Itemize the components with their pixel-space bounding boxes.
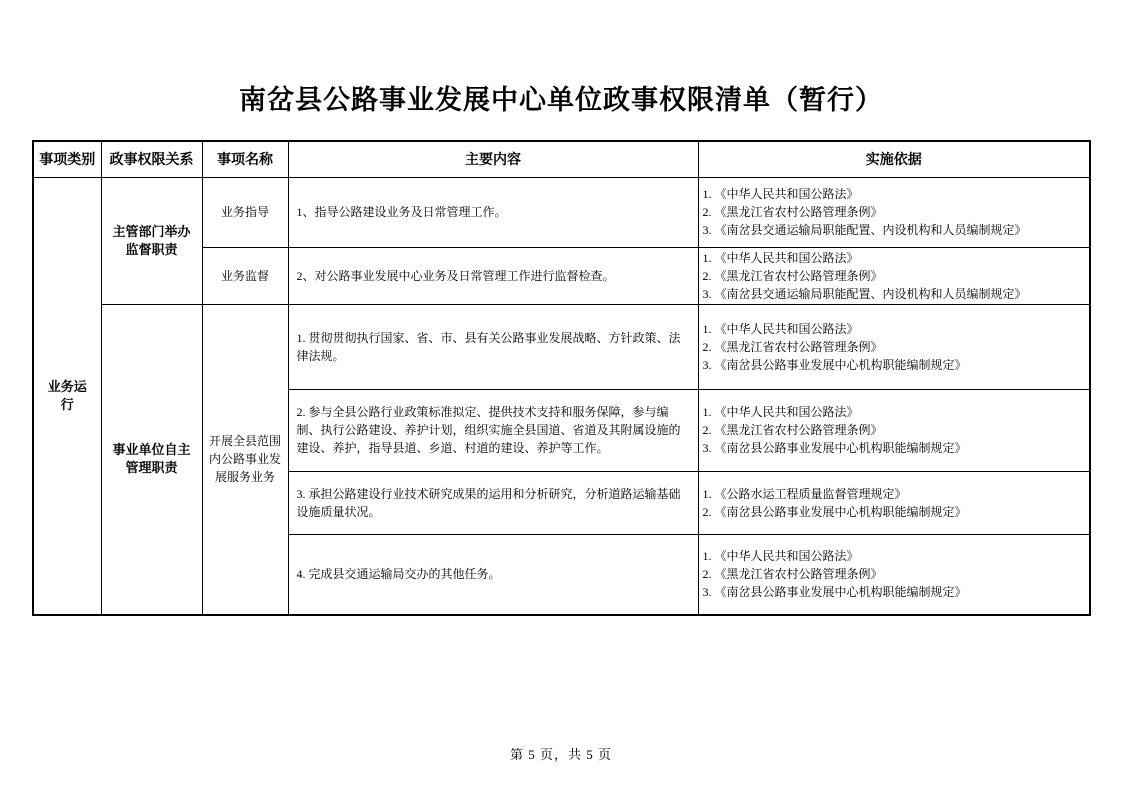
cell-implementation-basis: 1. 《中华人民共和国公路法》 2. 《黑龙江省农村公路管理条例》 3. 《南岔…: [698, 177, 1090, 247]
cell-main-content: 4. 完成县交通运输局交办的其他任务。: [288, 534, 698, 615]
basis-line: 2. 《黑龙江省农村公路管理条例》: [703, 267, 1086, 285]
content-text: 1. 贯彻贯彻执行国家、省、市、县有关公路事业发展战略、方针政策、法律法规。: [297, 329, 690, 365]
cell-main-content: 1、指导公路建设业务及日常管理工作。: [288, 177, 698, 247]
cell-item-name-monitoring: 业务监督: [202, 247, 288, 304]
basis-line: 3. 《南岔县交通运输局职能配置、内设机构和人员编制规定》: [703, 221, 1086, 239]
cell-implementation-basis: 1. 《中华人民共和国公路法》 2. 《黑龙江省农村公路管理条例》 3. 《南岔…: [698, 389, 1090, 471]
cell-implementation-basis: 1. 《中华人民共和国公路法》 2. 《黑龙江省农村公路管理条例》 3. 《南岔…: [698, 534, 1090, 615]
basis-line: 1. 《中华人民共和国公路法》: [703, 547, 1086, 565]
column-header-main-content: 主要内容: [288, 141, 698, 177]
cell-implementation-basis: 1. 《公路水运工程质量监督管理规定》 2. 《南岔县公路事业发展中心机构职能编…: [698, 471, 1090, 534]
basis-line: 2. 《黑龙江省农村公路管理条例》: [703, 338, 1086, 356]
basis-line: 2. 《黑龙江省农村公路管理条例》: [703, 421, 1086, 439]
content-text: 2. 参与全县公路行业政策标准拟定、提供技术支持和服务保障，参与编制、执行公路建…: [297, 403, 690, 457]
basis-line: 1. 《中华人民共和国公路法》: [703, 185, 1086, 203]
cell-item-name-guidance: 业务指导: [202, 177, 288, 247]
basis-line: 2. 《南岔县公路事业发展中心机构职能编制规定》: [703, 503, 1086, 521]
basis-line: 1. 《中华人民共和国公路法》: [703, 320, 1086, 338]
cell-main-content: 2. 参与全县公路行业政策标准拟定、提供技术支持和服务保障，参与编制、执行公路建…: [288, 389, 698, 471]
document-page: 南岔县公路事业发展中心单位政事权限清单（暂行） 事项类别 政事权限关系 事项名称…: [0, 0, 1122, 793]
cell-main-content: 1. 贯彻贯彻执行国家、省、市、县有关公路事业发展战略、方针政策、法律法规。: [288, 304, 698, 389]
authority-list-table: 事项类别 政事权限关系 事项名称 主要内容 实施依据 业务运行 主管部门举办监督…: [32, 140, 1091, 616]
column-header-authority-relation: 政事权限关系: [101, 141, 202, 177]
basis-line: 1. 《中华人民共和国公路法》: [703, 403, 1086, 421]
basis-line: 1. 《公路水运工程质量监督管理规定》: [703, 485, 1086, 503]
page-number: 第 5 页，共 5 页: [0, 744, 1122, 763]
cell-main-content: 2、对公路事业发展中心业务及日常管理工作进行监督检查。: [288, 247, 698, 304]
cell-implementation-basis: 1. 《中华人民共和国公路法》 2. 《黑龙江省农村公路管理条例》 3. 《南岔…: [698, 304, 1090, 389]
cell-item-name-services: 开展全县范围内公路事业发展服务业务: [202, 304, 288, 615]
table-header-row: 事项类别 政事权限关系 事项名称 主要内容 实施依据: [33, 141, 1090, 177]
basis-line: 2. 《黑龙江省农村公路管理条例》: [703, 203, 1086, 221]
content-text: 4. 完成县交通运输局交办的其他任务。: [297, 565, 690, 583]
column-header-item-category: 事项类别: [33, 141, 101, 177]
cell-implementation-basis: 1. 《中华人民共和国公路法》 2. 《黑龙江省农村公路管理条例》 3. 《南岔…: [698, 247, 1090, 304]
content-text: 1、指导公路建设业务及日常管理工作。: [297, 203, 690, 221]
content-text: 2、对公路事业发展中心业务及日常管理工作进行监督检查。: [297, 267, 690, 285]
cell-item-category: 业务运行: [33, 177, 101, 615]
basis-line: 2. 《黑龙江省农村公路管理条例》: [703, 565, 1086, 583]
basis-line: 3. 《南岔县公路事业发展中心机构职能编制规定》: [703, 439, 1086, 457]
column-header-implementation-basis: 实施依据: [698, 141, 1090, 177]
table-row: 事业单位自主管理职责 开展全县范围内公路事业发展服务业务 1. 贯彻贯彻执行国家…: [33, 304, 1090, 389]
basis-line: 1. 《中华人民共和国公路法》: [703, 249, 1086, 267]
column-header-item-name: 事项名称: [202, 141, 288, 177]
cell-relation-self-management: 事业单位自主管理职责: [101, 304, 202, 615]
cell-main-content: 3. 承担公路建设行业技术研究成果的运用和分析研究，分析道路运输基础设施质量状况…: [288, 471, 698, 534]
cell-relation-supervisory: 主管部门举办监督职责: [101, 177, 202, 304]
table-row: 业务运行 主管部门举办监督职责 业务指导 1、指导公路建设业务及日常管理工作。 …: [33, 177, 1090, 247]
basis-line: 3. 《南岔县交通运输局职能配置、内设机构和人员编制规定》: [703, 285, 1086, 303]
basis-line: 3. 《南岔县公路事业发展中心机构职能编制规定》: [703, 356, 1086, 374]
page-title: 南岔县公路事业发展中心单位政事权限清单（暂行）: [0, 84, 1122, 116]
content-text: 3. 承担公路建设行业技术研究成果的运用和分析研究，分析道路运输基础设施质量状况…: [297, 485, 690, 521]
basis-line: 3. 《南岔县公路事业发展中心机构职能编制规定》: [703, 583, 1086, 601]
